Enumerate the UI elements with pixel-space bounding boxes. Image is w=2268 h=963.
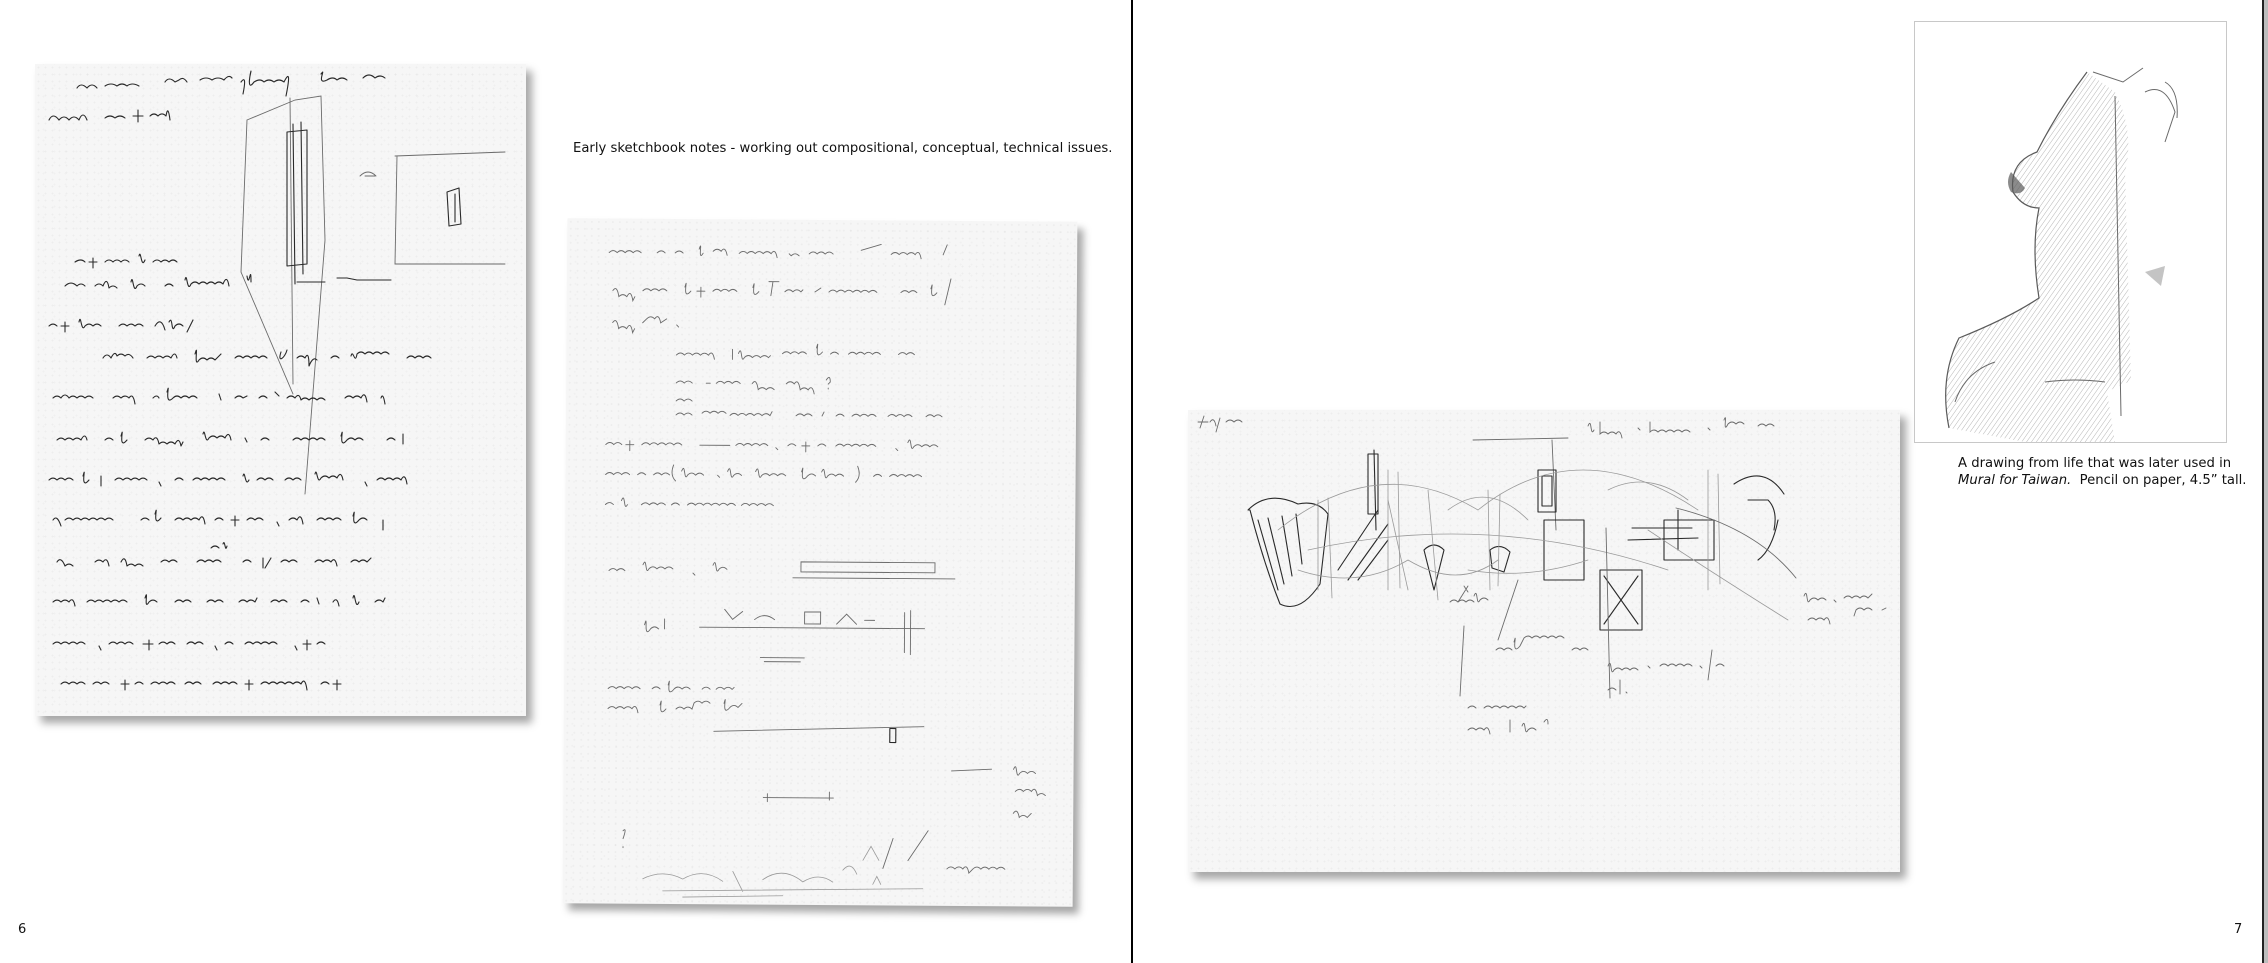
artwork-title: Mural for Taiwan. [1958, 473, 2071, 488]
mural-composition-sketch-image [1188, 410, 1900, 872]
sketchbook-page-image-1 [35, 64, 526, 716]
book-spread: Early sketchbook notes - working out com… [0, 0, 2268, 963]
handwriting-sketch-1 [35, 64, 526, 716]
figure-drawing-image [1914, 21, 2227, 443]
caption-medium: Pencil on paper, 4.5” tall. [2071, 473, 2246, 488]
page-number-right: 7 [2234, 922, 2242, 937]
sketchbook-caption: Early sketchbook notes - working out com… [573, 140, 1093, 157]
caption-line-1: A drawing from life that was later used … [1958, 455, 2218, 472]
handwriting-sketch-2 [563, 218, 1078, 907]
figure-drawing-caption: A drawing from life that was later used … [1958, 455, 2218, 489]
page-number-left: 6 [18, 922, 26, 937]
right-page-edge-shadow [2264, 0, 2268, 963]
mural-sketch-drawing [1188, 410, 1900, 872]
left-page: Early sketchbook notes - working out com… [0, 0, 1131, 963]
caption-line-2: Mural for Taiwan. Pencil on paper, 4.5” … [1958, 472, 2218, 489]
sketchbook-page-image-2 [563, 218, 1078, 907]
torso-figure-drawing [1915, 22, 2226, 442]
